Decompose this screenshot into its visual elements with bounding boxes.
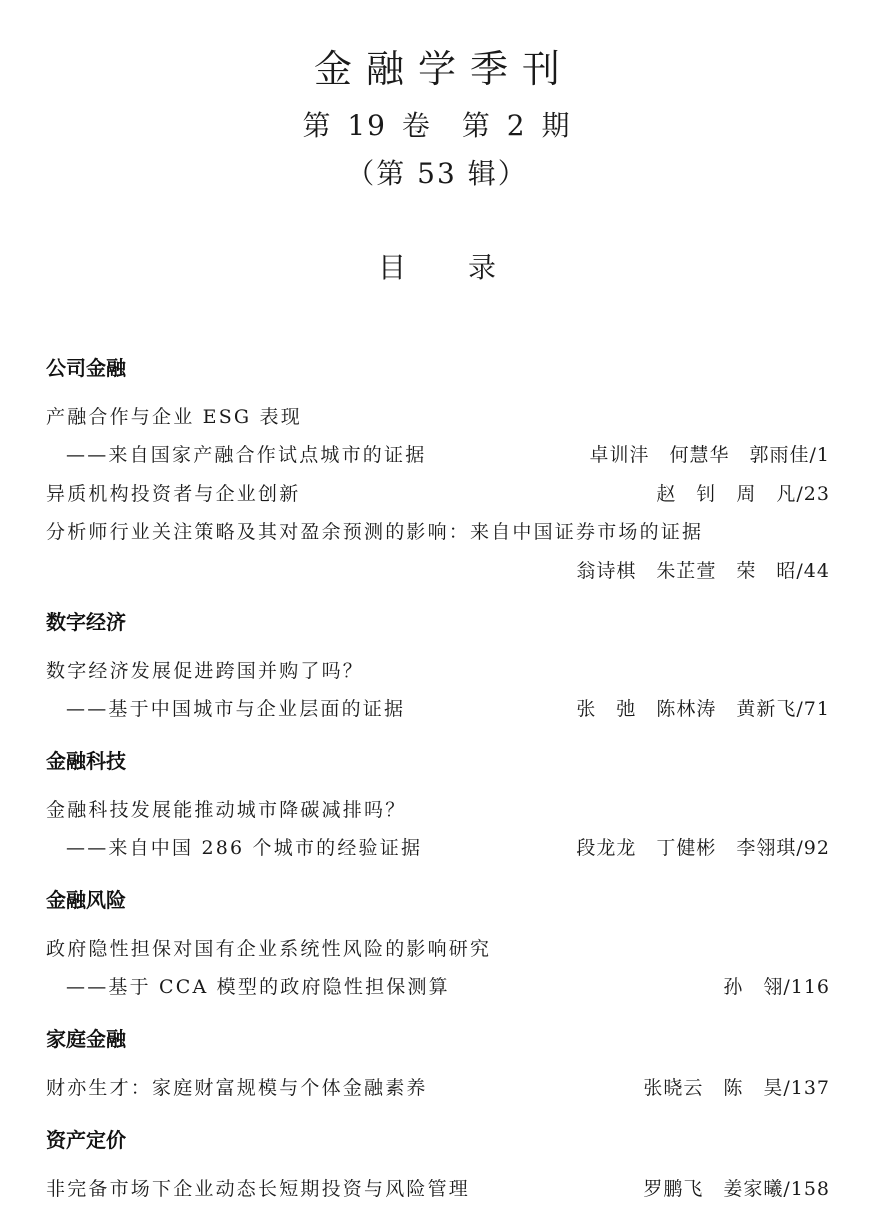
article-title[interactable]: 财亦生才：家庭财富规模与个体金融素养 张晓云 陈 昊/137 [46, 1073, 830, 1103]
article-title-text: 数字经济发展促进跨国并购了吗？ [46, 660, 364, 682]
article-title[interactable]: 异质机构投资者与企业创新 赵 钊 周 凡/23 [46, 479, 830, 509]
article-subtitle-line[interactable]: ——来自国家产融合作试点城市的证据 卓训沣 何慧华 郭雨佳/1 [66, 440, 830, 470]
article-title-text: 非完备市场下企业动态长短期投资与风险管理 [46, 1178, 470, 1200]
article-title-text: 财亦生才：家庭财富规模与个体金融素养 [46, 1077, 428, 1099]
journal-title: 金融学季刊 [0, 44, 874, 94]
section-heading: 资产定价 [46, 1127, 126, 1153]
article-authors: 段龙龙 丁健彬 李翎琪/92 [576, 833, 830, 863]
article-authors: 赵 钊 周 凡/23 [656, 479, 830, 509]
toc-heading-char-2: 录 [468, 250, 496, 286]
article-authors: 张晓云 陈 昊/137 [643, 1073, 830, 1103]
issue-line: （第 53 辑） [0, 156, 874, 192]
article-authors: 翁诗棋 朱芷萱 荣 昭/44 [576, 556, 830, 586]
article-subtitle: ——基于中国城市与企业层面的证据 [66, 698, 405, 720]
section-heading: 数字经济 [46, 609, 126, 635]
article-title[interactable]: 分析师行业关注策略及其对盈余预测的影响：来自中国证券市场的证据 [46, 517, 830, 547]
article-subtitle-line[interactable]: ——基于中国城市与企业层面的证据 张 弛 陈林涛 黄新飞/71 [66, 694, 830, 724]
article-title[interactable]: 政府隐性担保对国有企业系统性风险的影响研究 [46, 934, 830, 964]
article-authors: 张 弛 陈林涛 黄新飞/71 [576, 694, 830, 724]
article-authors: 卓训沣 何慧华 郭雨佳/1 [590, 440, 831, 470]
article-title-text: 政府隐性担保对国有企业系统性风险的影响研究 [46, 938, 491, 960]
article-title-text: 异质机构投资者与企业创新 [46, 483, 300, 505]
article-authors-line: 翁诗棋 朱芷萱 荣 昭/44 [46, 556, 830, 586]
article-subtitle: ——来自中国 286 个城市的经验证据 [66, 837, 422, 859]
toc-heading-char-1: 目 [378, 250, 406, 286]
article-title[interactable]: 产融合作与企业 ESG 表现 [46, 402, 830, 432]
article-subtitle: ——来自国家产融合作试点城市的证据 [66, 444, 426, 466]
section-heading: 金融科技 [46, 748, 126, 774]
volume-line: 第 19 卷 第 2 期 [0, 108, 874, 144]
article-title-text: 产融合作与企业 ESG 表现 [46, 406, 302, 428]
article-title[interactable]: 金融科技发展能推动城市降碳减排吗？ [46, 795, 830, 825]
section-heading: 金融风险 [46, 887, 126, 913]
toc-heading: 目录 [0, 250, 874, 286]
article-subtitle-line[interactable]: ——基于 CCA 模型的政府隐性担保测算 孙 翎/116 [66, 972, 830, 1002]
article-title[interactable]: 非完备市场下企业动态长短期投资与风险管理 罗鹏飞 姜家曦/158 [46, 1174, 830, 1204]
article-authors: 罗鹏飞 姜家曦/158 [643, 1174, 830, 1204]
article-subtitle: ——基于 CCA 模型的政府隐性担保测算 [66, 976, 450, 998]
article-authors: 孙 翎/116 [723, 972, 830, 1002]
article-title-text: 金融科技发展能推动城市降碳减排吗？ [46, 799, 406, 821]
section-heading: 家庭金融 [46, 1026, 126, 1052]
article-title-text: 分析师行业关注策略及其对盈余预测的影响：来自中国证券市场的证据 [46, 521, 703, 543]
section-heading: 公司金融 [46, 355, 126, 381]
article-subtitle-line[interactable]: ——来自中国 286 个城市的经验证据 段龙龙 丁健彬 李翎琪/92 [66, 833, 830, 863]
article-title[interactable]: 数字经济发展促进跨国并购了吗？ [46, 656, 830, 686]
